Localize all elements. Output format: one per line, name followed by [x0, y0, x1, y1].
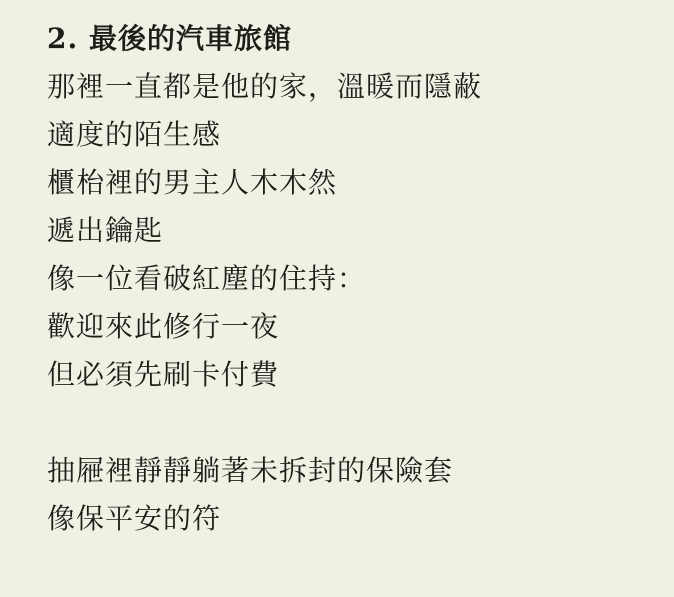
poem-page: 2. 最後的汽車旅館 那裡一直都是他的家，溫暖而隱蔽 適度的陌生感 櫃枱裡的男主… [0, 0, 674, 597]
poem-line: 適度的陌生感 [47, 111, 644, 159]
poem-title: 2. 最後的汽車旅館 [47, 15, 644, 63]
poem-line: 像保平安的符 [47, 495, 644, 543]
poem-line: 抽屜裡靜靜躺著未拆封的保險套 [47, 447, 644, 495]
poem-line: 遞出鑰匙 [47, 207, 644, 255]
poem-line: 那裡一直都是他的家，溫暖而隱蔽 [47, 63, 644, 111]
poem-line: 但必須先刷卡付費 [47, 351, 644, 399]
stanza-2: 抽屜裡靜靜躺著未拆封的保險套 像保平安的符 [47, 447, 644, 543]
poem-line: 歡迎來此修行一夜 [47, 303, 644, 351]
stanza-1: 那裡一直都是他的家，溫暖而隱蔽 適度的陌生感 櫃枱裡的男主人木木然 遞出鑰匙 像… [47, 63, 644, 399]
poem-line: 像一位看破紅塵的住持： [47, 255, 644, 303]
poem-line: 櫃枱裡的男主人木木然 [47, 159, 644, 207]
